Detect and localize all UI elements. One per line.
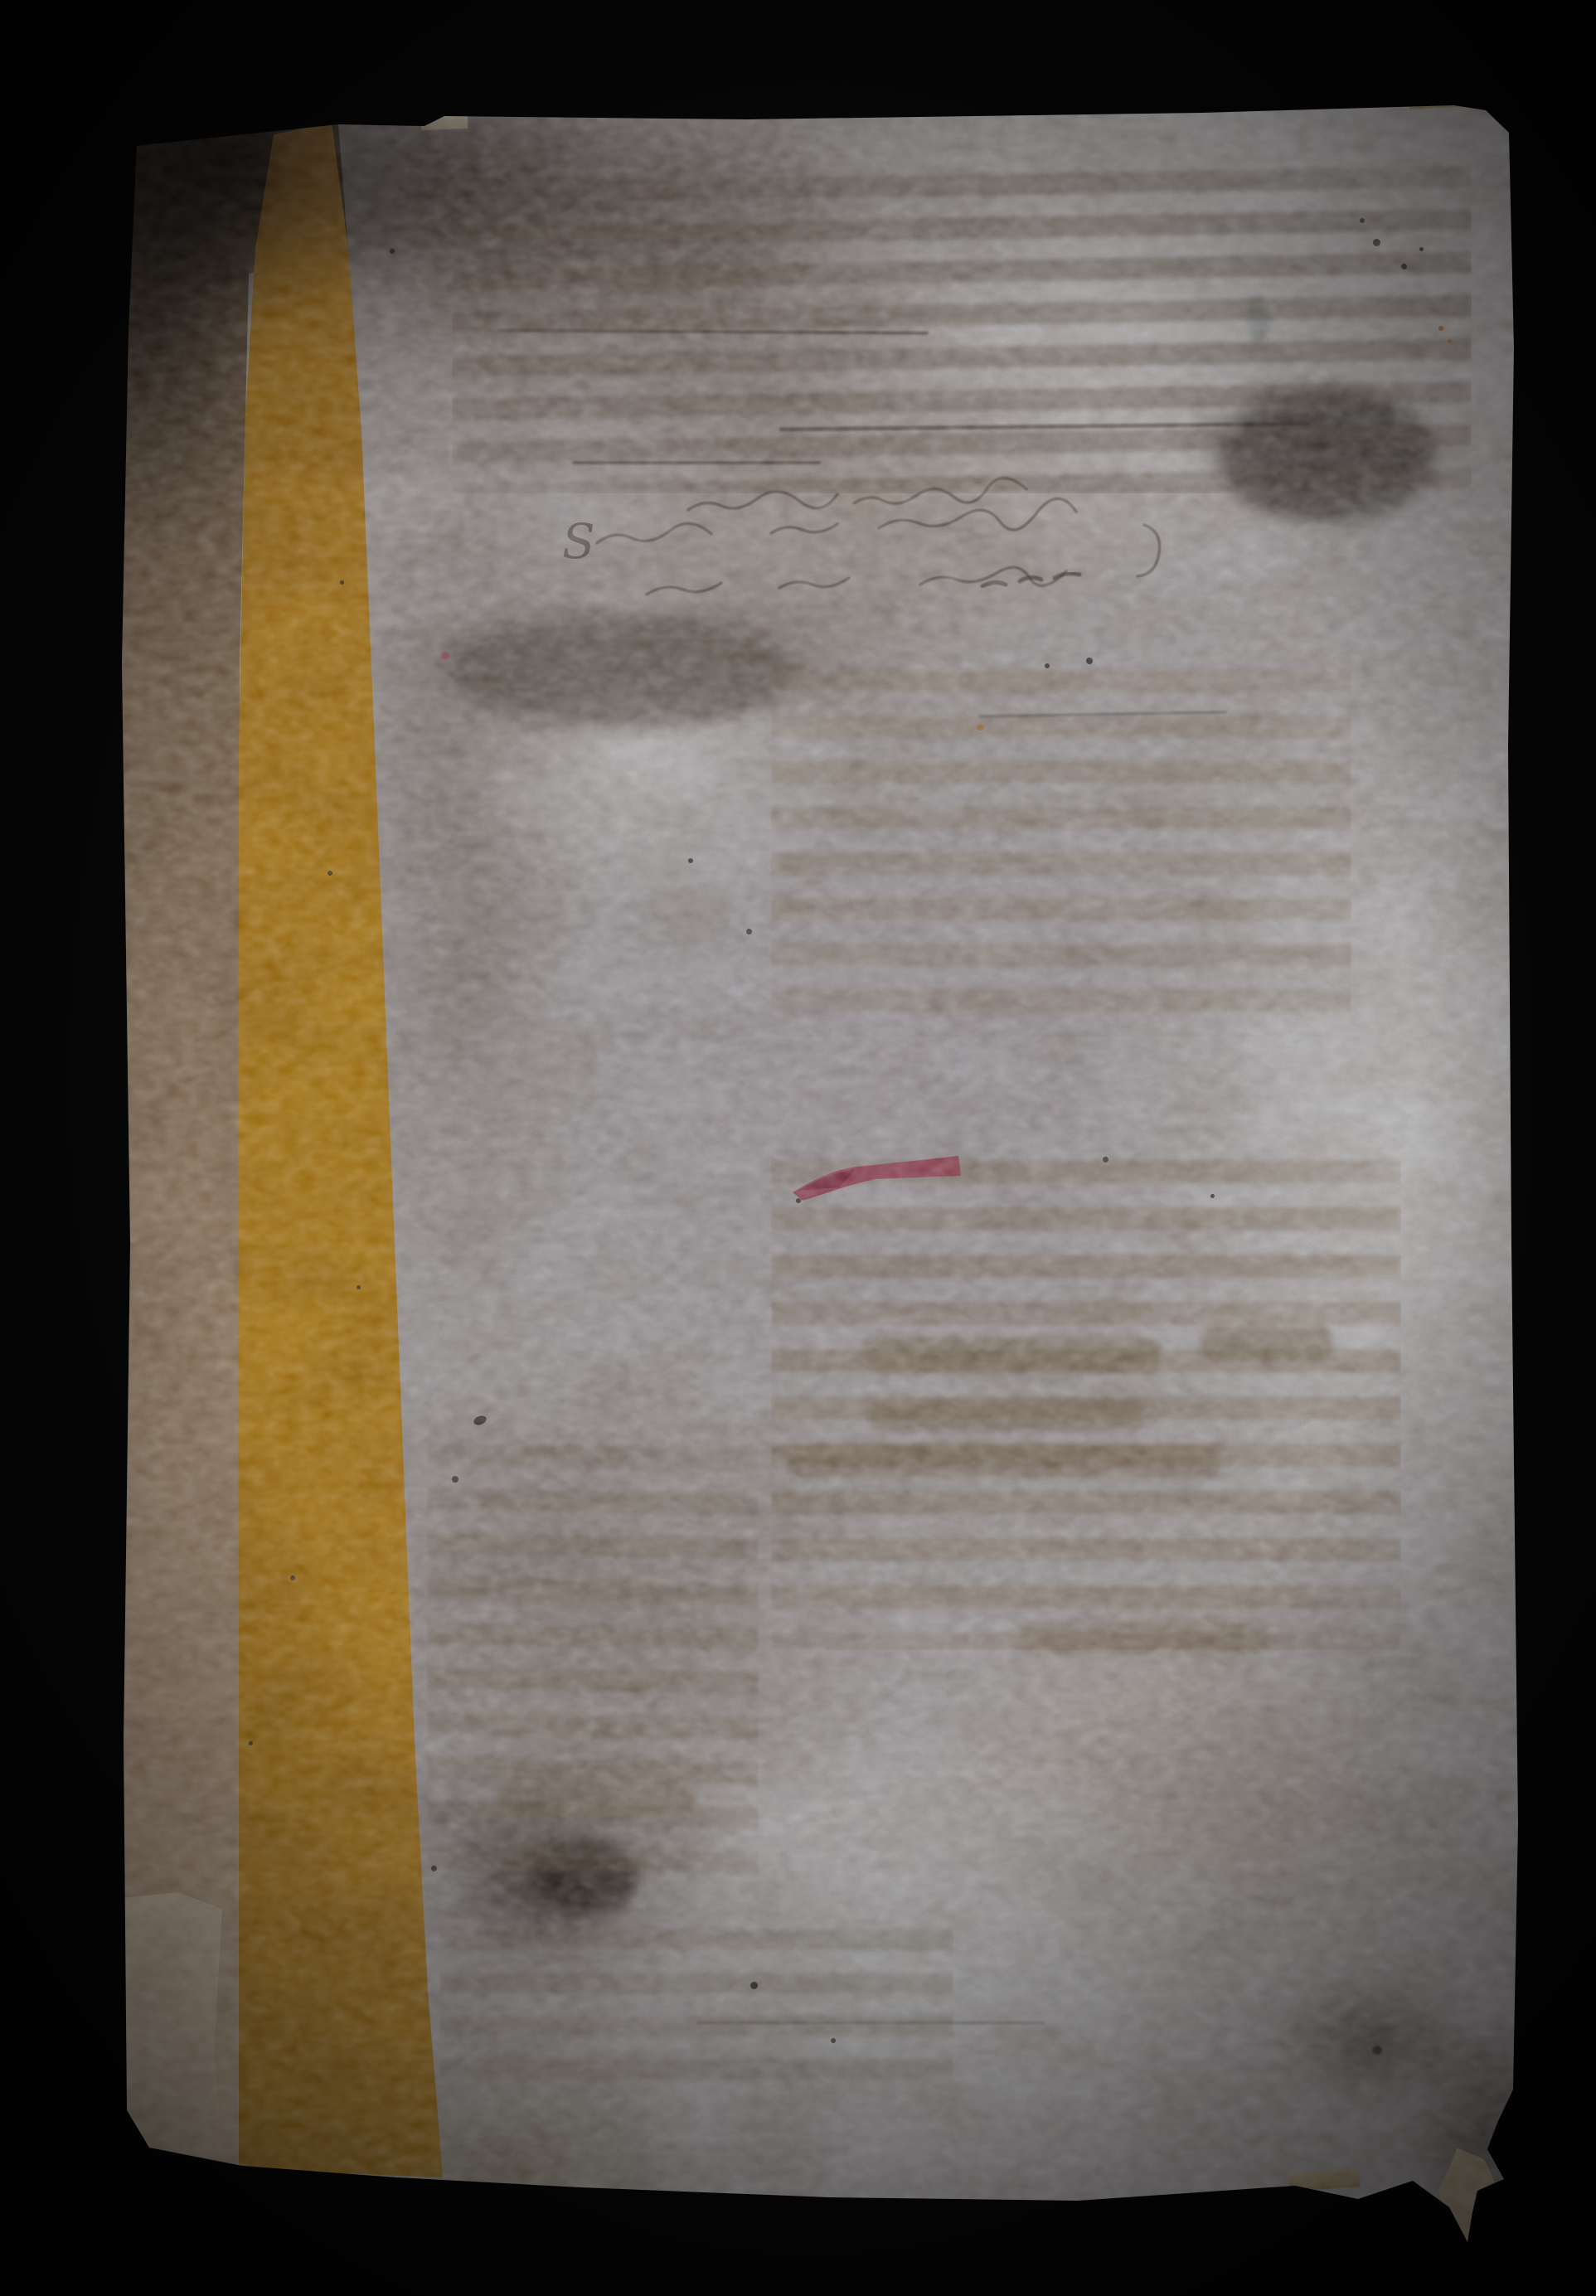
ghost-text-left-column: [427, 1426, 759, 1891]
ghost-text-bottom-rows: [439, 1907, 953, 2098]
ghost-word-fragment: [862, 1337, 1161, 1373]
ghost-text-upper-column: [771, 647, 1351, 1036]
spine-pale-patch: [124, 1892, 222, 2174]
ghost-word-fragment: [788, 1444, 1219, 1478]
ink-inscription: S: [531, 485, 1244, 659]
inscription-letter-s: S: [562, 513, 595, 570]
frayed-edge-sliver: [1288, 2168, 1360, 2192]
page-edge-sliver: [1409, 93, 1468, 109]
ghost-text-lower-column: [771, 1136, 1401, 1650]
ghost-word-fragment: [497, 1783, 696, 1813]
ghost-word-fragment: [871, 1400, 1144, 1431]
red-ink-mark: [789, 1154, 963, 1207]
ghost-text-top-band: [452, 162, 1472, 493]
book-cover: S: [0, 0, 1596, 2296]
ghost-word-fragment: [1020, 1621, 1269, 1654]
torn-corner-flap: [1427, 2146, 1499, 2246]
parchment-chip: [421, 114, 468, 130]
red-ink-dot: [441, 652, 449, 660]
photo-of-parchment-book-cover: S: [0, 0, 1596, 2296]
ghost-word-fragment: [1201, 1327, 1333, 1360]
